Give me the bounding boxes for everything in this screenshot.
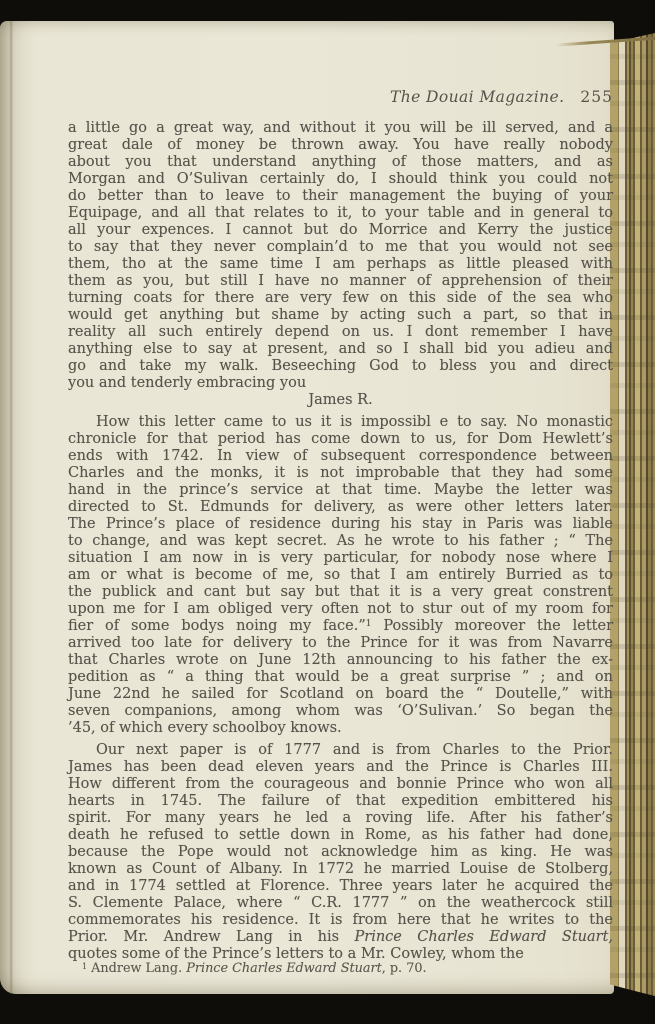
- text-line: Morgan and O’Sulivan certainly do, I sho…: [68, 171, 613, 188]
- text-line: fier of some bodys noing my face.”1 Poss…: [68, 618, 613, 635]
- text-line: How different from the courageous and bo…: [68, 776, 613, 793]
- text-line: go and take my walk. Beseeching God to b…: [68, 358, 613, 375]
- text-line: to change, and was kept secret. As he wr…: [68, 533, 613, 550]
- text-line: The Prince’s place of residence during h…: [68, 516, 613, 533]
- text-line: upon me for I am obliged very often not …: [68, 601, 613, 618]
- text-line: seven companions, among whom was ‘O’Suli…: [68, 703, 613, 720]
- text-line: anything else to say at present, and so …: [68, 341, 613, 358]
- text-line: would get anything but shame by acting s…: [68, 307, 613, 324]
- footnote-marker: 1: [82, 962, 87, 971]
- text-line: them as you, but still I have no manner …: [68, 273, 613, 290]
- text-line: situation I am now in is very particular…: [68, 550, 613, 567]
- footnote-marker: 1: [366, 619, 372, 629]
- text-line: all your expences. I cannot but do Morri…: [68, 222, 613, 239]
- text-line: you and tenderly embracing you: [68, 375, 613, 392]
- page-body: a little go a great way, and without it …: [68, 120, 613, 963]
- text-line: great dale of money be thrown away. You …: [68, 137, 613, 154]
- text-line: arrived too late for delivery to the Pri…: [68, 635, 613, 652]
- text-line: reality all such entirely depend on us. …: [68, 324, 613, 341]
- text-line: June 22nd he sailed for Scotland on boar…: [68, 686, 613, 703]
- page-number: 255: [580, 88, 613, 106]
- text-line: James R.: [68, 392, 613, 409]
- text-line: How this letter came to us it is impossi…: [68, 414, 613, 431]
- text-line: ’45, of which every schoolboy knows.: [68, 720, 613, 737]
- text-line: pedition as “ a thing that would be a gr…: [68, 669, 613, 686]
- footnote: 1 Andrew Lang. Prince Charles Edward Stu…: [68, 961, 613, 977]
- paragraph: James R.: [68, 392, 613, 409]
- text-line: James has been dead eleven years and the…: [68, 759, 613, 776]
- italic-text: Prince Charles Edward Stuart: [186, 961, 381, 976]
- text-line: hearts in 1745. The failure of that expe…: [68, 793, 613, 810]
- text-line: known as Count of Albany. In 1772 he mar…: [68, 861, 613, 878]
- text-line: about you that understand anything of th…: [68, 154, 613, 171]
- text-line: a little go a great way, and without it …: [68, 120, 613, 137]
- binding-crease: [9, 21, 14, 994]
- italic-text: Prince Charles Edward Stuart,: [355, 929, 614, 945]
- text-line: hand in the prince’s service at that tim…: [68, 482, 613, 499]
- text-line: to say that they never complain’d to me …: [68, 239, 613, 256]
- text-line: chronicle for that period has come down …: [68, 431, 613, 448]
- text-line: that Charles wrote on June 12th announci…: [68, 652, 613, 669]
- text-line: death he refused to settle down in Rome,…: [68, 827, 613, 844]
- text-line: spirit. For many years he led a roving l…: [68, 810, 613, 827]
- text-line: Charles and the monks, it is not improba…: [68, 465, 613, 482]
- text-line: Our next paper is of 1777 and is from Ch…: [68, 742, 613, 759]
- text-line: and in 1774 settled at Florence. Three y…: [68, 878, 613, 895]
- text-line: am or what is become of me, so that I am…: [68, 567, 613, 584]
- background: The Douai Magazine.255 a little go a gre…: [0, 0, 655, 1024]
- text-line: them, tho at the same time I am perhaps …: [68, 256, 613, 273]
- text-line: Prior. Mr. Andrew Lang in his Prince Cha…: [68, 929, 613, 946]
- text-line: directed to St. Edmunds for delivery, as…: [68, 499, 613, 516]
- page-fore-edge: [610, 33, 655, 1002]
- text-line: the publick and cant but say but that it…: [68, 584, 613, 601]
- text-line: Equipage, and all that relates to it, to…: [68, 205, 613, 222]
- text-line: commemorates his residence. It is from h…: [68, 912, 613, 929]
- text-line: turning coats for there are very few on …: [68, 290, 613, 307]
- paragraph: Our next paper is of 1777 and is from Ch…: [68, 742, 613, 963]
- text-line: do better than to leave to their managem…: [68, 188, 613, 205]
- paragraph: a little go a great way, and without it …: [68, 120, 613, 392]
- magazine-title: The Douai Magazine.: [390, 88, 564, 106]
- text-line: S. Clemente Palace, where “ C.R. 1777 ” …: [68, 895, 613, 912]
- text-line: ends with 1742. In view of subsequent co…: [68, 448, 613, 465]
- text-line: because the Pope would not acknowledge h…: [68, 844, 613, 861]
- page-header: The Douai Magazine.255: [68, 88, 613, 106]
- paragraph: How this letter came to us it is impossi…: [68, 414, 613, 737]
